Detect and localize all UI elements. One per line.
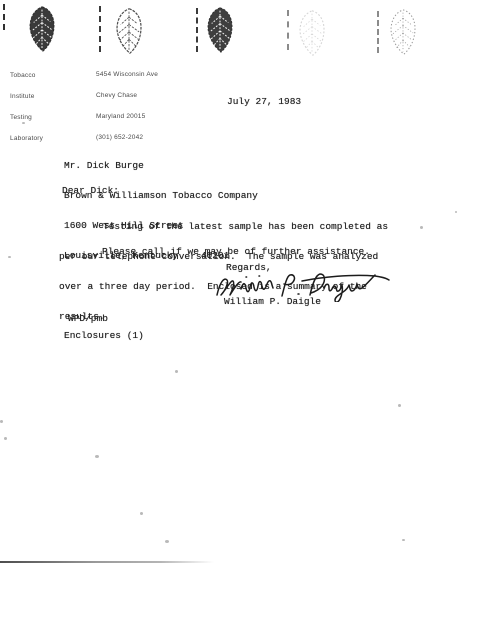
scan-speck xyxy=(4,437,7,440)
reference-initials: WPD/pmb xyxy=(68,314,108,324)
org-line: Tobacco xyxy=(10,72,43,79)
tobacco-leaf-icon xyxy=(386,8,420,56)
address-line: 5454 Wisconsin Ave xyxy=(96,71,158,78)
org-line: Testing xyxy=(10,114,43,121)
scan-speck xyxy=(8,256,11,258)
stamp-separator-dash xyxy=(287,10,289,50)
stamp-separator-dash xyxy=(196,8,198,52)
stamp-separator-dash xyxy=(377,11,379,53)
address-line: (301) 652-2042 xyxy=(96,134,158,141)
recipient-line: Mr. Dick Burge xyxy=(64,161,258,171)
scan-speck xyxy=(175,370,178,373)
org-line: Institute xyxy=(10,93,43,100)
scan-speck xyxy=(402,539,405,541)
tobacco-leaf-icon xyxy=(25,5,59,53)
salutation: Dear Dick: xyxy=(62,186,119,196)
scan-speck xyxy=(140,512,143,515)
tobacco-leaf-icon xyxy=(203,6,237,54)
address-line: Chevy Chase xyxy=(96,92,158,99)
org-line: Laboratory xyxy=(10,135,43,142)
letter-date: July 27, 1983 xyxy=(227,97,301,107)
scan-speck xyxy=(455,211,457,213)
scan-speck xyxy=(0,420,3,423)
scan-speck xyxy=(95,455,99,458)
letter-page: Tobacco Institute Testing Laboratory 545… xyxy=(0,0,480,630)
scan-speck xyxy=(22,122,25,124)
letterhead-org-name: Tobacco Institute Testing Laboratory xyxy=(10,58,43,156)
scan-speck xyxy=(398,404,401,407)
scan-artifact-line xyxy=(0,561,214,563)
scan-speck xyxy=(420,226,423,229)
body-paragraph-2: Please call if we may be of further assi… xyxy=(102,247,370,257)
scan-speck xyxy=(165,540,169,543)
body-line: Testing of the latest sample has been co… xyxy=(59,222,388,232)
stamp-separator-dash xyxy=(99,6,101,52)
tobacco-leaf-icon xyxy=(295,9,329,57)
stamp-separator-dash xyxy=(3,4,5,30)
typed-sender-name: William P. Daigle xyxy=(224,297,321,307)
enclosure-note: Enclosures (1) xyxy=(64,331,144,341)
body-line: results. xyxy=(59,312,388,322)
address-line: Maryland 20015 xyxy=(96,113,158,120)
tobacco-leaf-icon xyxy=(112,7,146,55)
